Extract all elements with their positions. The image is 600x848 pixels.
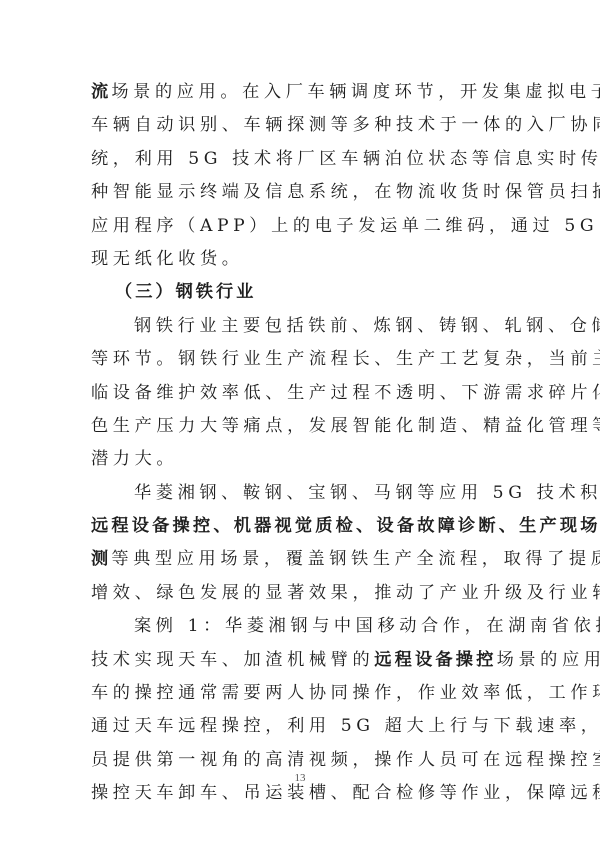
text-line: 流场景的应用。在入厂车辆调度环节，开发集虚拟电子围栏、 bbox=[91, 76, 509, 109]
text-line: 现无纸化收货。 bbox=[91, 243, 509, 276]
case-line: 案例 1：华菱湘钢与中国移动合作，在湖南省依托 5G bbox=[91, 610, 509, 643]
paragraph-line: 增效、绿色发展的显著效果，推动了产业升级及行业转型。 bbox=[91, 577, 509, 610]
paragraph-line: 测等典型应用场景，覆盖钢铁生产全流程，取得了提质降本 bbox=[91, 543, 509, 576]
paragraph-line: 等环节。钢铁行业生产流程长、生产工艺复杂，当前主要面 bbox=[91, 343, 509, 376]
body-text: 流场景的应用。在入厂车辆调度环节，开发集虚拟电子围栏、 车辆自动识别、车辆探测等… bbox=[91, 76, 509, 811]
page-number: 13 bbox=[0, 772, 600, 784]
text-line: 种智能显示终端及信息系统，在物流收货时保管员扫描司机 bbox=[91, 176, 509, 209]
bold-term: 测 bbox=[91, 549, 111, 569]
case-line: 车的操控通常需要两人协同操作，作业效率低，工作环境差。 bbox=[91, 677, 509, 710]
paragraph-line: 华菱湘钢、鞍钢、宝钢、马钢等应用 5G 技术积极探索 bbox=[91, 477, 509, 510]
paragraph-line: 钢铁行业主要包括铁前、炼钢、铸钢、轧钢、仓储物流 bbox=[91, 310, 509, 343]
case-line: 技术实现天车、加渣机械臂的远程设备操控场景的应用。天 bbox=[91, 644, 509, 677]
text-line: 应用程序（APP）上的电子发运单二维码，通过 5G 网络实 bbox=[91, 210, 509, 243]
document-page: 流场景的应用。在入厂车辆调度环节，开发集虚拟电子围栏、 车辆自动识别、车辆探测等… bbox=[0, 0, 600, 848]
text-line: 车辆自动识别、车辆探测等多种技术于一体的入厂协同系 bbox=[91, 109, 509, 142]
text-line: 统，利用 5G 技术将厂区车辆泊位状态等信息实时传递到各 bbox=[91, 143, 509, 176]
case-line: 通过天车远程操控，利用 5G 超大上行与下载速率，为操作 bbox=[91, 710, 509, 743]
bold-scenarios-line: 远程设备操控、机器视觉质检、设备故障诊断、生产现场监 bbox=[91, 510, 509, 543]
paragraph-line: 色生产压力大等痛点，发展智能化制造、精益化管理等模式 bbox=[91, 410, 509, 443]
paragraph-line: 潜力大。 bbox=[91, 443, 509, 476]
section-heading: （三）钢铁行业 bbox=[91, 276, 509, 309]
bold-term: 远程设备操控 bbox=[374, 650, 496, 670]
paragraph-line: 临设备维护效率低、生产过程不透明、下游需求碎片化、绿 bbox=[91, 377, 509, 410]
bold-term: 流 bbox=[91, 82, 111, 102]
